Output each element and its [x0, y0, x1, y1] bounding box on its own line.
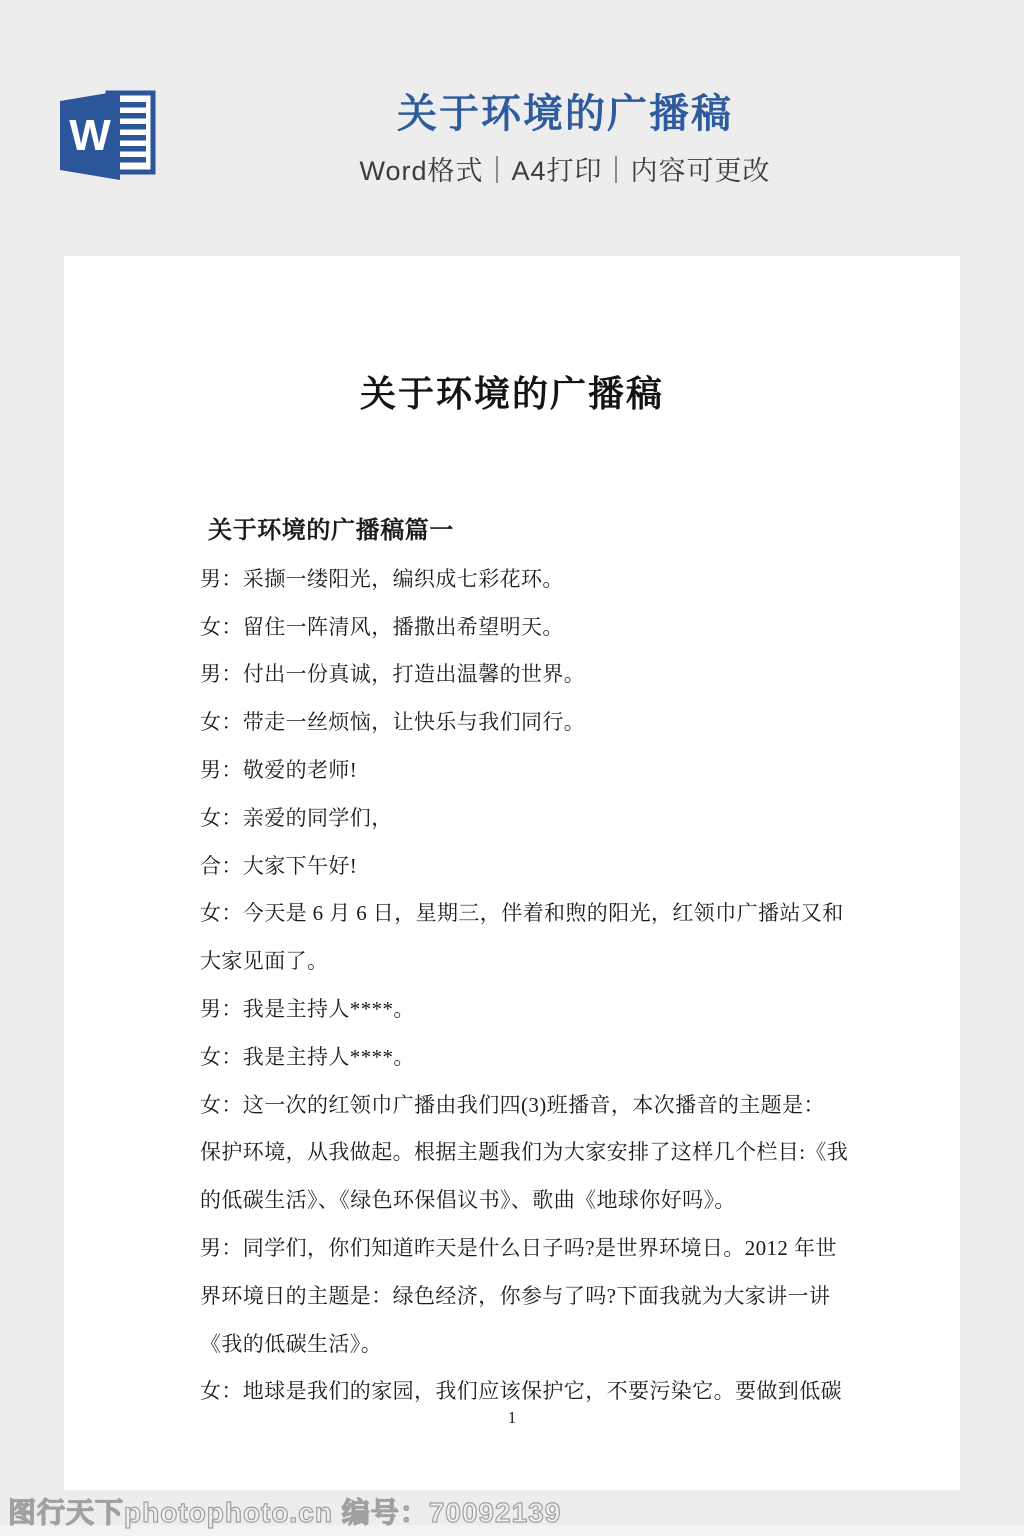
document-line: 男：采撷一缕阳光，编织成七彩花环。: [200, 556, 890, 604]
section-heading: 关于环境的广播稿篇一: [200, 508, 890, 556]
document-line: 男：敬爱的老师!: [200, 747, 890, 795]
document-line: 保护环境，从我做起。根据主题我们为大家安排了这样几个栏目:《我: [200, 1129, 890, 1177]
document-line: 女：我是主持人****。: [200, 1034, 890, 1082]
document-line: 男：我是主持人****。: [200, 986, 890, 1034]
document-line: 大家见面了。: [200, 938, 890, 986]
page-number: 1: [64, 1408, 960, 1428]
document-line: 女：亲爱的同学们，: [200, 795, 890, 843]
document-line: 界环境日的主题是：绿色经济，你参与了吗?下面我就为大家讲一讲: [200, 1273, 890, 1321]
document-line: 的低碳生活》、《绿色环保倡议书》、歌曲《地球你好吗》。: [200, 1177, 890, 1225]
document-line: 女：这一次的红领巾广播由我们四(3)班播音，本次播音的主题是：: [200, 1082, 890, 1130]
document-line: 男：付出一份真诚，打造出温馨的世界。: [200, 651, 890, 699]
document-line: 女：带走一丝烦恼，让快乐与我们同行。: [200, 699, 890, 747]
header-text-block: 关于环境的广播稿 Word格式｜A4打印｜内容可更改: [315, 92, 815, 188]
word-document-icon: W: [58, 88, 158, 183]
page-background: W 关于环境的广播稿 Word格式｜A4打印｜内容可更改 关于环境的广播稿 关于…: [0, 0, 1024, 1536]
document-line: 男：同学们，你们知道昨天是什么日子吗?是世界环境日。2012 年世: [200, 1225, 890, 1273]
header-title: 关于环境的广播稿: [315, 92, 815, 136]
watermark-text: 图行天下photophoto.cn 编号：70092139: [8, 1491, 561, 1531]
document-body: 关于环境的广播稿篇一 男：采撷一缕阳光，编织成七彩花环。 女：留住一阵清风，播撒…: [200, 508, 890, 1416]
document-page: 关于环境的广播稿 关于环境的广播稿篇一 男：采撷一缕阳光，编织成七彩花环。 女：…: [64, 256, 960, 1490]
word-icon-letter: W: [69, 111, 111, 160]
document-line: 《我的低碳生活》。: [200, 1321, 890, 1369]
document-line: 女：今天是 6 月 6 日，星期三，伴着和煦的阳光，红领巾广播站又和: [200, 890, 890, 938]
document-line: 合：大家下午好!: [200, 843, 890, 891]
header-subtitle: Word格式｜A4打印｜内容可更改: [315, 149, 815, 188]
document-title: 关于环境的广播稿: [64, 366, 960, 417]
document-line: 女：留住一阵清风，播撒出希望明天。: [200, 604, 890, 652]
